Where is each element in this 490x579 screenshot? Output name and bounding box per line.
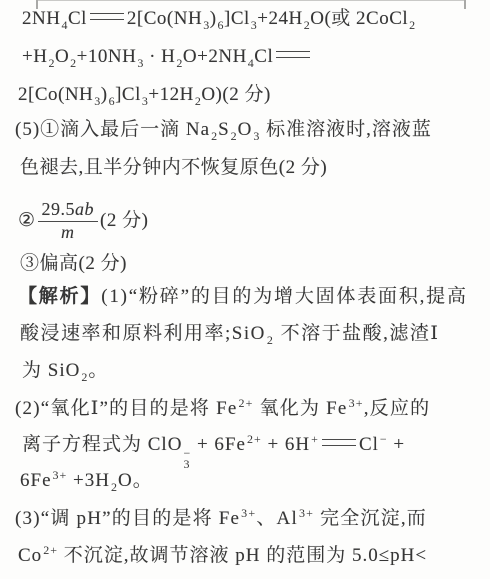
text-run: (5)①滴入最后一滴 Na <box>15 119 210 140</box>
subscript: 2 <box>211 129 218 143</box>
equation-continuation-line-3: 2[Co(NH3)6]Cl3+12H2O)(2 分) <box>18 84 271 109</box>
text-run: ) <box>210 8 217 29</box>
equation-continuation-line-1: 2NH4Cl2[Co(NH3)6]Cl3+24H2O(或 2CoCl2 <box>22 8 416 33</box>
fraction-denominator: m <box>61 222 75 243</box>
text-run: ③偏高(2 分) <box>20 253 127 274</box>
analysis-2-line-3: 6Fe3+ +3H2O。 <box>20 469 153 495</box>
document-page: 2NH4Cl2[Co(NH3)6]Cl3+24H2O(或 2CoCl2+H2O2… <box>0 0 490 579</box>
text-run: 、Al <box>256 508 298 529</box>
bold-label: 【解析】 <box>18 286 101 307</box>
superscript: 2+ <box>238 396 253 410</box>
analysis-3-line-1: (3)“调 pH”的目的是将 Fe3+、Al3+ 完全沉淀,而 <box>15 507 427 530</box>
text-run: Co <box>18 545 42 566</box>
text-run: 完全沉淀,而 <box>314 508 427 529</box>
text-run: +H <box>22 46 47 67</box>
text-run: 2[Co(NH <box>18 84 93 105</box>
analysis-1-line-1: 【解析】(1)“粉碎”的目的为增大固体表面积,提高 <box>18 286 468 308</box>
text-run: 。 <box>88 360 108 381</box>
text-run: Cl <box>254 46 273 67</box>
subscript: 2 <box>409 18 416 32</box>
text-run: +24H <box>257 8 302 29</box>
text-run: ]Cl <box>115 84 141 105</box>
analysis-3-line-2: Co2+ 不沉淀,故调节溶液 pH 的范围为 5.0≤pH< <box>18 544 427 567</box>
answer-5-part3-line: ③偏高(2 分) <box>20 253 127 275</box>
text-run: + <box>388 434 405 455</box>
text-run: 不溶于盐酸,滤渣Ⅰ <box>274 323 439 344</box>
superscript: 2+ <box>247 432 262 446</box>
text-run: + 6Fe <box>191 434 246 455</box>
text-run: 氧化为 Fe <box>254 398 348 419</box>
text-run: +3H <box>67 470 110 491</box>
text-run: 为 SiO <box>22 360 80 381</box>
superscript: 3+ <box>299 506 314 520</box>
analysis-2-line-1: (2)“氧化Ⅰ”的目的是将 Fe2+ 氧化为 Fe3+,反应的 <box>15 397 430 420</box>
text-run: (2 分) <box>100 210 148 232</box>
text-run: O(或 2CoCl <box>310 8 408 29</box>
fraction: 29.5abm <box>38 200 99 243</box>
text-run: O)(2 分) <box>201 84 270 105</box>
answer-5-part1-line-1: (5)①滴入最后一滴 Na2S2O3 标准溶液时,溶液蓝 <box>15 119 432 144</box>
text-run: 29.5 <box>42 199 76 219</box>
subscript: 2 <box>231 129 238 143</box>
superscript: 3+ <box>241 506 256 520</box>
analysis-1-line-3: 为 SiO2。 <box>22 360 108 385</box>
text-run: ,反应的 <box>364 398 431 419</box>
text-run: 色褪去,且半分钟内不恢复原色(2 分) <box>20 157 327 178</box>
text-run: (3)“调 pH”的目的是将 Fe <box>15 508 240 529</box>
text-run: 酸浸速率和原料利用率;SiO <box>20 323 266 344</box>
text-run: O+2NH <box>183 46 247 67</box>
superscript: 3+ <box>53 468 68 482</box>
text-run: +10NH <box>77 46 137 67</box>
text-run: ② <box>18 210 36 232</box>
answer-5-part1-line-2: 色褪去,且半分钟内不恢复原色(2 分) <box>20 157 327 179</box>
text-run: (2)“氧化Ⅰ”的目的是将 Fe <box>15 398 237 419</box>
chemical-equals-icon <box>276 51 310 58</box>
analysis-1-line-2: 酸浸速率和原料利用率;SiO2 不溶于盐酸,滤渣Ⅰ <box>20 323 439 348</box>
superscript: 3+ <box>349 396 364 410</box>
variable-italic: ab <box>75 199 94 219</box>
text-run: Cl <box>68 8 87 29</box>
variable-italic: m <box>61 222 75 242</box>
superscript: − <box>380 432 388 446</box>
text-run: ) <box>101 84 108 105</box>
text-run: (1)“粉碎”的目的为增大固体表面积,提高 <box>101 286 468 307</box>
chemical-equals-icon <box>90 13 124 20</box>
cropped-content-edge-tick-right <box>464 0 466 9</box>
text-run: 离子方程式为 ClO <box>22 434 182 455</box>
subscript: 2 <box>111 480 118 494</box>
equation-continuation-line-2: +H2O2+10NH3 · H2O+2NH4Cl <box>22 46 313 71</box>
analysis-2-line-2: 离子方程式为 ClO−3 + 6Fe2+ + 6H+Cl− + <box>22 433 405 471</box>
text-run: O <box>238 119 253 140</box>
chemical-equals-icon <box>322 439 356 446</box>
text-run: +12H <box>148 84 193 105</box>
subscript: 3 <box>183 459 190 470</box>
text-run: 2NH <box>22 8 60 29</box>
text-run: S <box>218 119 230 140</box>
superscript: + <box>311 432 319 446</box>
text-run: · H <box>144 46 176 67</box>
fraction-numerator: 29.5ab <box>38 200 99 222</box>
text-run: 标准溶液时,溶液蓝 <box>260 119 432 140</box>
text-run: 2[Co(NH <box>127 8 202 29</box>
text-run: O <box>55 46 69 67</box>
text-run: 不沉淀,故调节溶液 pH 的范围为 5.0≤pH< <box>58 545 427 566</box>
cropped-content-edge-line <box>37 0 466 1</box>
text-run: O。 <box>118 470 153 491</box>
superscript: 2+ <box>43 543 58 557</box>
text-run: + 6H <box>262 434 310 455</box>
text-run: ]Cl <box>224 8 250 29</box>
text-run: 6Fe <box>20 470 52 491</box>
answer-5-part2-fraction-line: ②29.5abm(2 分) <box>18 196 148 246</box>
text-run: Cl <box>359 434 379 455</box>
